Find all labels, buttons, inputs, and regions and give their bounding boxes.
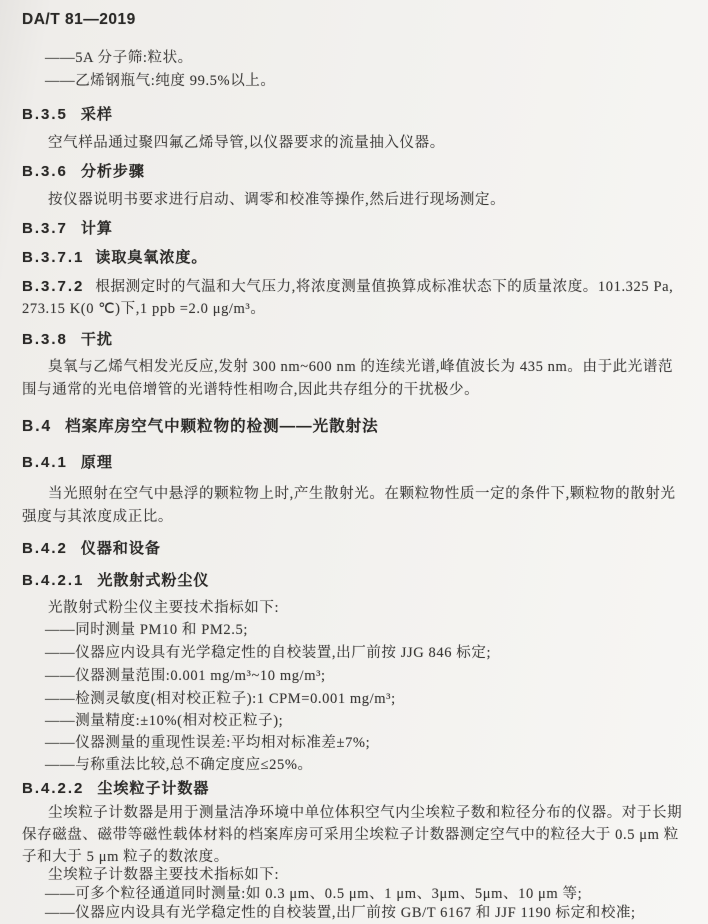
- paragraph-line: 尘埃粒子计数器主要技术指标如下:: [48, 866, 279, 885]
- list-item: ——与称重法比较,总不确定度应≤25%。: [45, 756, 313, 775]
- clause-heading-b-3-7: B.3.7计算: [22, 219, 113, 238]
- clause-heading-b-3-6: B.3.6分析步骤: [22, 162, 145, 181]
- list-item: ——仪器应内设具有光学稳定性的自校装置,出厂前按 GB/T 6167 和 JJF…: [45, 904, 636, 923]
- list-item: ——5A 分子筛:粒状。: [45, 49, 193, 68]
- clause-title: 原理: [81, 454, 113, 471]
- clause-title: 尘埃粒子计数器: [97, 780, 209, 797]
- clause-text: 根据测定时的气温和大气压力,将浓度测量值换算成标准状态下的质量浓度。101.32…: [95, 279, 673, 295]
- paragraph-line: 臭氧与乙烯气相发光反应,发射 300 nm~600 nm 的连续光谱,峰值波长为…: [48, 358, 673, 377]
- clause-heading-b-4-2-1: B.4.2.1光散射式粉尘仪: [22, 571, 209, 590]
- list-item: ——可多个粒径通道同时测量:如 0.3 μm、0.5 μm、1 μm、3μm、5…: [45, 885, 582, 904]
- clause-title: 采样: [81, 106, 113, 123]
- paragraph-line: 空气样品通过聚四氟乙烯导管,以仪器要求的流量抽入仪器。: [48, 134, 445, 153]
- clause-text: 读取臭氧浓度。: [95, 249, 207, 266]
- paragraph-line: 保存磁盘、磁带等磁性载体材料的档案库房可采用尘埃粒子计数器测定空气中的粒径大于 …: [22, 826, 679, 845]
- clause-heading-b-4-2-2: B.4.2.2尘埃粒子计数器: [22, 779, 209, 798]
- clause-heading-b-3-8: B.3.8干扰: [22, 330, 113, 349]
- list-item: ——乙烯钢瓶气:纯度 99.5%以上。: [45, 72, 276, 91]
- clause-paragraph-b-3-7-2: B.3.7.2根据测定时的气温和大气压力,将浓度测量值换算成标准状态下的质量浓度…: [22, 277, 673, 297]
- clause-paragraph-b-3-7-1: B.3.7.1读取臭氧浓度。: [22, 248, 207, 268]
- clause-number: B.4.1: [22, 454, 68, 471]
- clause-heading-b-4-1: B.4.1原理: [22, 453, 113, 472]
- clause-number: B.3.7: [22, 220, 68, 237]
- clause-title: 干扰: [81, 331, 113, 348]
- clause-title: 仪器和设备: [81, 540, 161, 557]
- paragraph-line: 273.15 K(0 ℃)下,1 ppb =2.0 μg/m³。: [22, 300, 265, 319]
- paragraph-line: 按仪器说明书要求进行启动、调零和校准等操作,然后进行现场测定。: [48, 191, 505, 210]
- clause-heading-b-3-5: B.3.5采样: [22, 105, 113, 124]
- document-page: DA/T 81—2019 ——5A 分子筛:粒状。 ——乙烯钢瓶气:纯度 99.…: [0, 0, 708, 924]
- clause-number: B.4: [22, 418, 52, 435]
- paragraph-line: 尘埃粒子计数器是用于测量洁净环境中单位体积空气内尘埃粒子数和粒径分布的仪器。对于…: [48, 804, 682, 823]
- clause-title: 光散射式粉尘仪: [97, 572, 209, 589]
- paragraph-line: 光散射式粉尘仪主要技术指标如下:: [48, 599, 279, 618]
- list-item: ——仪器应内设具有光学稳定性的自校装置,出厂前按 JJG 846 标定;: [45, 644, 491, 663]
- clause-number: B.4.2.1: [22, 572, 84, 589]
- clause-number: B.3.7.1: [22, 249, 84, 266]
- clause-title: 分析步骤: [81, 163, 145, 180]
- clause-title: 计算: [81, 220, 113, 237]
- clause-number: B.3.6: [22, 163, 68, 180]
- clause-heading-b-4-2: B.4.2仪器和设备: [22, 539, 161, 558]
- paragraph-line: 围与通常的光电倍增管的光谱特性相吻合,因此共存组分的干扰极少。: [22, 381, 479, 400]
- clause-number: B.3.5: [22, 106, 68, 123]
- clause-number: B.4.2.2: [22, 780, 84, 797]
- list-item: ——仪器测量范围:0.001 mg/m³~10 mg/m³;: [45, 667, 326, 686]
- list-item: ——仪器测量的重现性误差:平均相对标准差±7%;: [45, 734, 370, 753]
- paragraph-line: 强度与其浓度成正比。: [22, 508, 173, 527]
- clause-title: 档案库房空气中颗粒物的检测——光散射法: [65, 418, 379, 435]
- paragraph-line: 当光照射在空气中悬浮的颗粒物上时,产生散射光。在颗粒物性质一定的条件下,颗粒物的…: [48, 485, 676, 504]
- clause-number: B.3.7.2: [22, 278, 84, 295]
- paragraph-line: 子和大于 5 μm 粒子的数浓度。: [22, 848, 229, 867]
- clause-number: B.4.2: [22, 540, 68, 557]
- clause-heading-b-4: B.4档案库房空气中颗粒物的检测——光散射法: [22, 417, 379, 436]
- list-item: ——检测灵敏度(相对校正粒子):1 CPM=0.001 mg/m³;: [45, 690, 396, 709]
- list-item: ——同时测量 PM10 和 PM2.5;: [45, 621, 248, 640]
- list-item: ——测量精度:±10%(相对校正粒子);: [45, 712, 283, 731]
- clause-number: B.3.8: [22, 331, 68, 348]
- page-header-standard-number: DA/T 81—2019: [22, 10, 136, 29]
